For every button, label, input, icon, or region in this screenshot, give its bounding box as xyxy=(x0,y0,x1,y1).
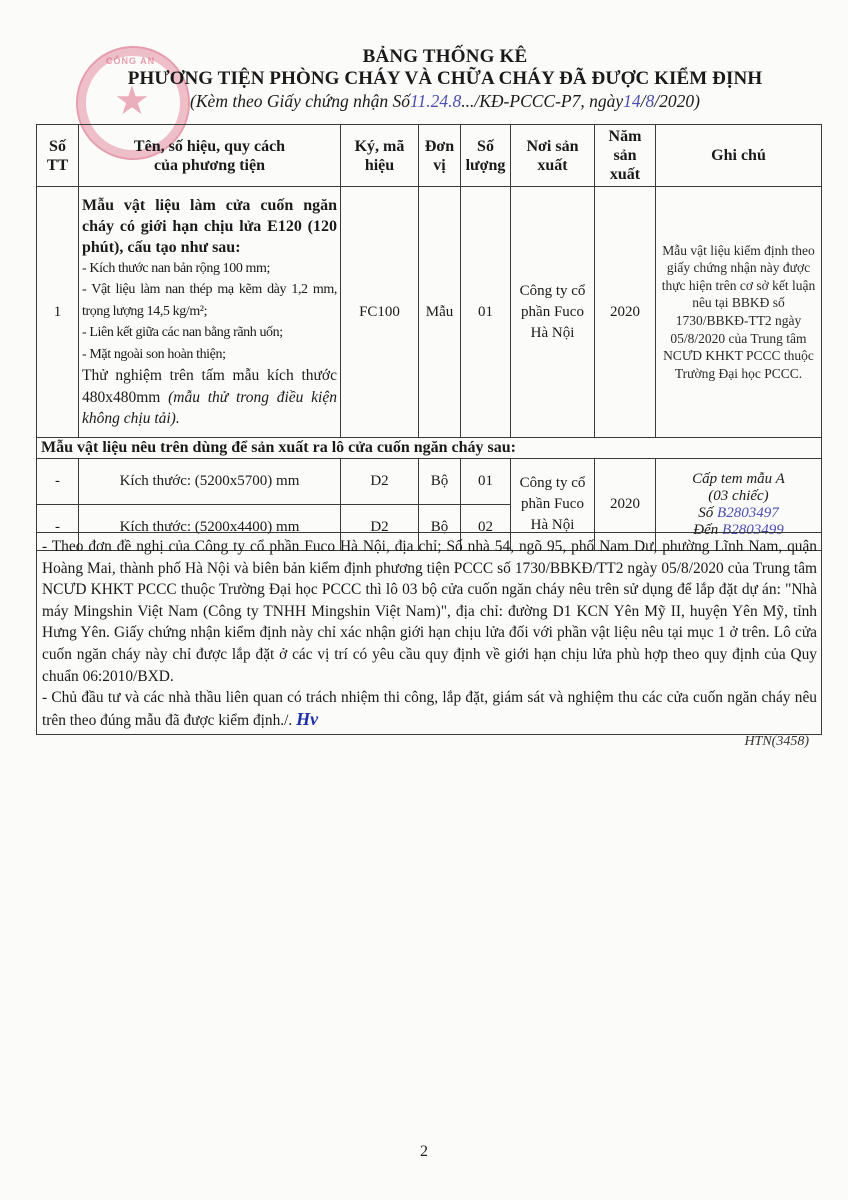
handwritten-cert-number: 11.24.8 xyxy=(410,91,461,111)
row-origin: Công ty cổ phần Fuco Hà Nội xyxy=(511,187,595,438)
cert-suffix: /2020) xyxy=(654,91,700,111)
section-label: Mẫu vật liệu nêu trên dùng để sản xuất r… xyxy=(37,438,822,459)
row-description: Mẫu vật liệu làm cửa cuốn ngăn cháy có g… xyxy=(79,187,341,438)
row-qty: 01 xyxy=(461,187,511,438)
remarks-paragraph-1: - Theo đơn đề nghị của Công ty cổ phần F… xyxy=(42,536,817,687)
handwritten-month: 8 xyxy=(646,91,655,111)
cert-middle: .../KĐ-PCCC-P7, ngày xyxy=(461,91,623,111)
lot-stt: - xyxy=(37,459,79,505)
col-header-stt: SốTT xyxy=(37,125,79,187)
lot-name: Kích thước: (5200x5700) mm xyxy=(79,459,341,505)
inspection-table: SốTT Tên, số hiệu, quy cáchcủa phương ti… xyxy=(36,124,822,551)
row-unit: Mẫu xyxy=(419,187,461,438)
table-header-row: SốTT Tên, số hiệu, quy cáchcủa phương ti… xyxy=(37,125,822,187)
certificate-reference: (Kèm theo Giấy chứng nhận Số11.24.8.../K… xyxy=(42,90,848,112)
remarks-box: - Theo đơn đề nghị của Công ty cổ phần F… xyxy=(36,532,822,735)
handwritten-day: 14 xyxy=(623,91,641,111)
col-header-code: Ký, mãhiệu xyxy=(341,125,419,187)
spec-line: - Liên kết giữa các nan bằng rãnh uốn; xyxy=(82,322,337,344)
lot-unit: Bộ xyxy=(419,459,461,505)
table-row: 1 Mẫu vật liệu làm cửa cuốn ngăn cháy có… xyxy=(37,187,822,438)
spec-line: - Mặt ngoài son hoàn thiện; xyxy=(82,344,337,366)
signature-initials: Hv xyxy=(296,709,318,729)
document-header: BẢNG THỐNG KÊ PHƯƠNG TIỆN PHÒNG CHÁY VÀ … xyxy=(0,46,848,112)
lot-qty: 01 xyxy=(461,459,511,505)
col-header-year: Năm sảnxuất xyxy=(595,125,656,187)
row-note: Mẫu vật liệu kiểm định theo giấy chứng n… xyxy=(656,187,822,438)
col-header-qty: Sốlượng xyxy=(461,125,511,187)
row-stt: 1 xyxy=(37,187,79,438)
material-title: Mẫu vật liệu làm cửa cuốn ngăn cháy có g… xyxy=(82,195,337,258)
col-header-note: Ghi chú xyxy=(656,125,822,187)
stamp-type: Cấp tem mẫu A xyxy=(659,471,818,488)
table-row: - Kích thước: (5200x5700) mm D2 Bộ 01 Cô… xyxy=(37,459,822,505)
cert-prefix: (Kèm theo Giấy chứng nhận Số xyxy=(190,91,410,111)
spec-line: - Kích thước nan bản rộng 100 mm; xyxy=(82,258,337,280)
stamp-from: Số B2803497 xyxy=(659,505,818,522)
page-number: 2 xyxy=(0,1143,848,1161)
lot-code: D2 xyxy=(341,459,419,505)
stamp-count: (03 chiếc) xyxy=(659,488,818,505)
row-year: 2020 xyxy=(595,187,656,438)
col-header-origin: Nơi sảnxuất xyxy=(511,125,595,187)
document-subtitle: PHƯƠNG TIỆN PHÒNG CHÁY VÀ CHỮA CHÁY ĐÃ Đ… xyxy=(42,68,848,90)
spec-line: - Vật liệu làm nan thép mạ kẽm dày 1,2 m… xyxy=(82,279,337,322)
row-code: FC100 xyxy=(341,187,419,438)
section-label-row: Mẫu vật liệu nêu trên dùng để sản xuất r… xyxy=(37,438,822,459)
document-page: CÔNG AN ★ BẢNG THỐNG KÊ PHƯƠNG TIỆN PHÒN… xyxy=(0,0,848,1200)
col-header-unit: Đơnvị xyxy=(419,125,461,187)
remarks-paragraph-2: - Chủ đầu tư và các nhà thầu liên quan c… xyxy=(42,687,817,731)
col-header-name: Tên, số hiệu, quy cáchcủa phương tiện xyxy=(79,125,341,187)
test-description: Thử nghiệm trên tấm mẫu kích thước 480x4… xyxy=(82,365,337,430)
reference-code: HTN(3458) xyxy=(744,734,809,750)
document-title: BẢNG THỐNG KÊ xyxy=(42,46,848,68)
